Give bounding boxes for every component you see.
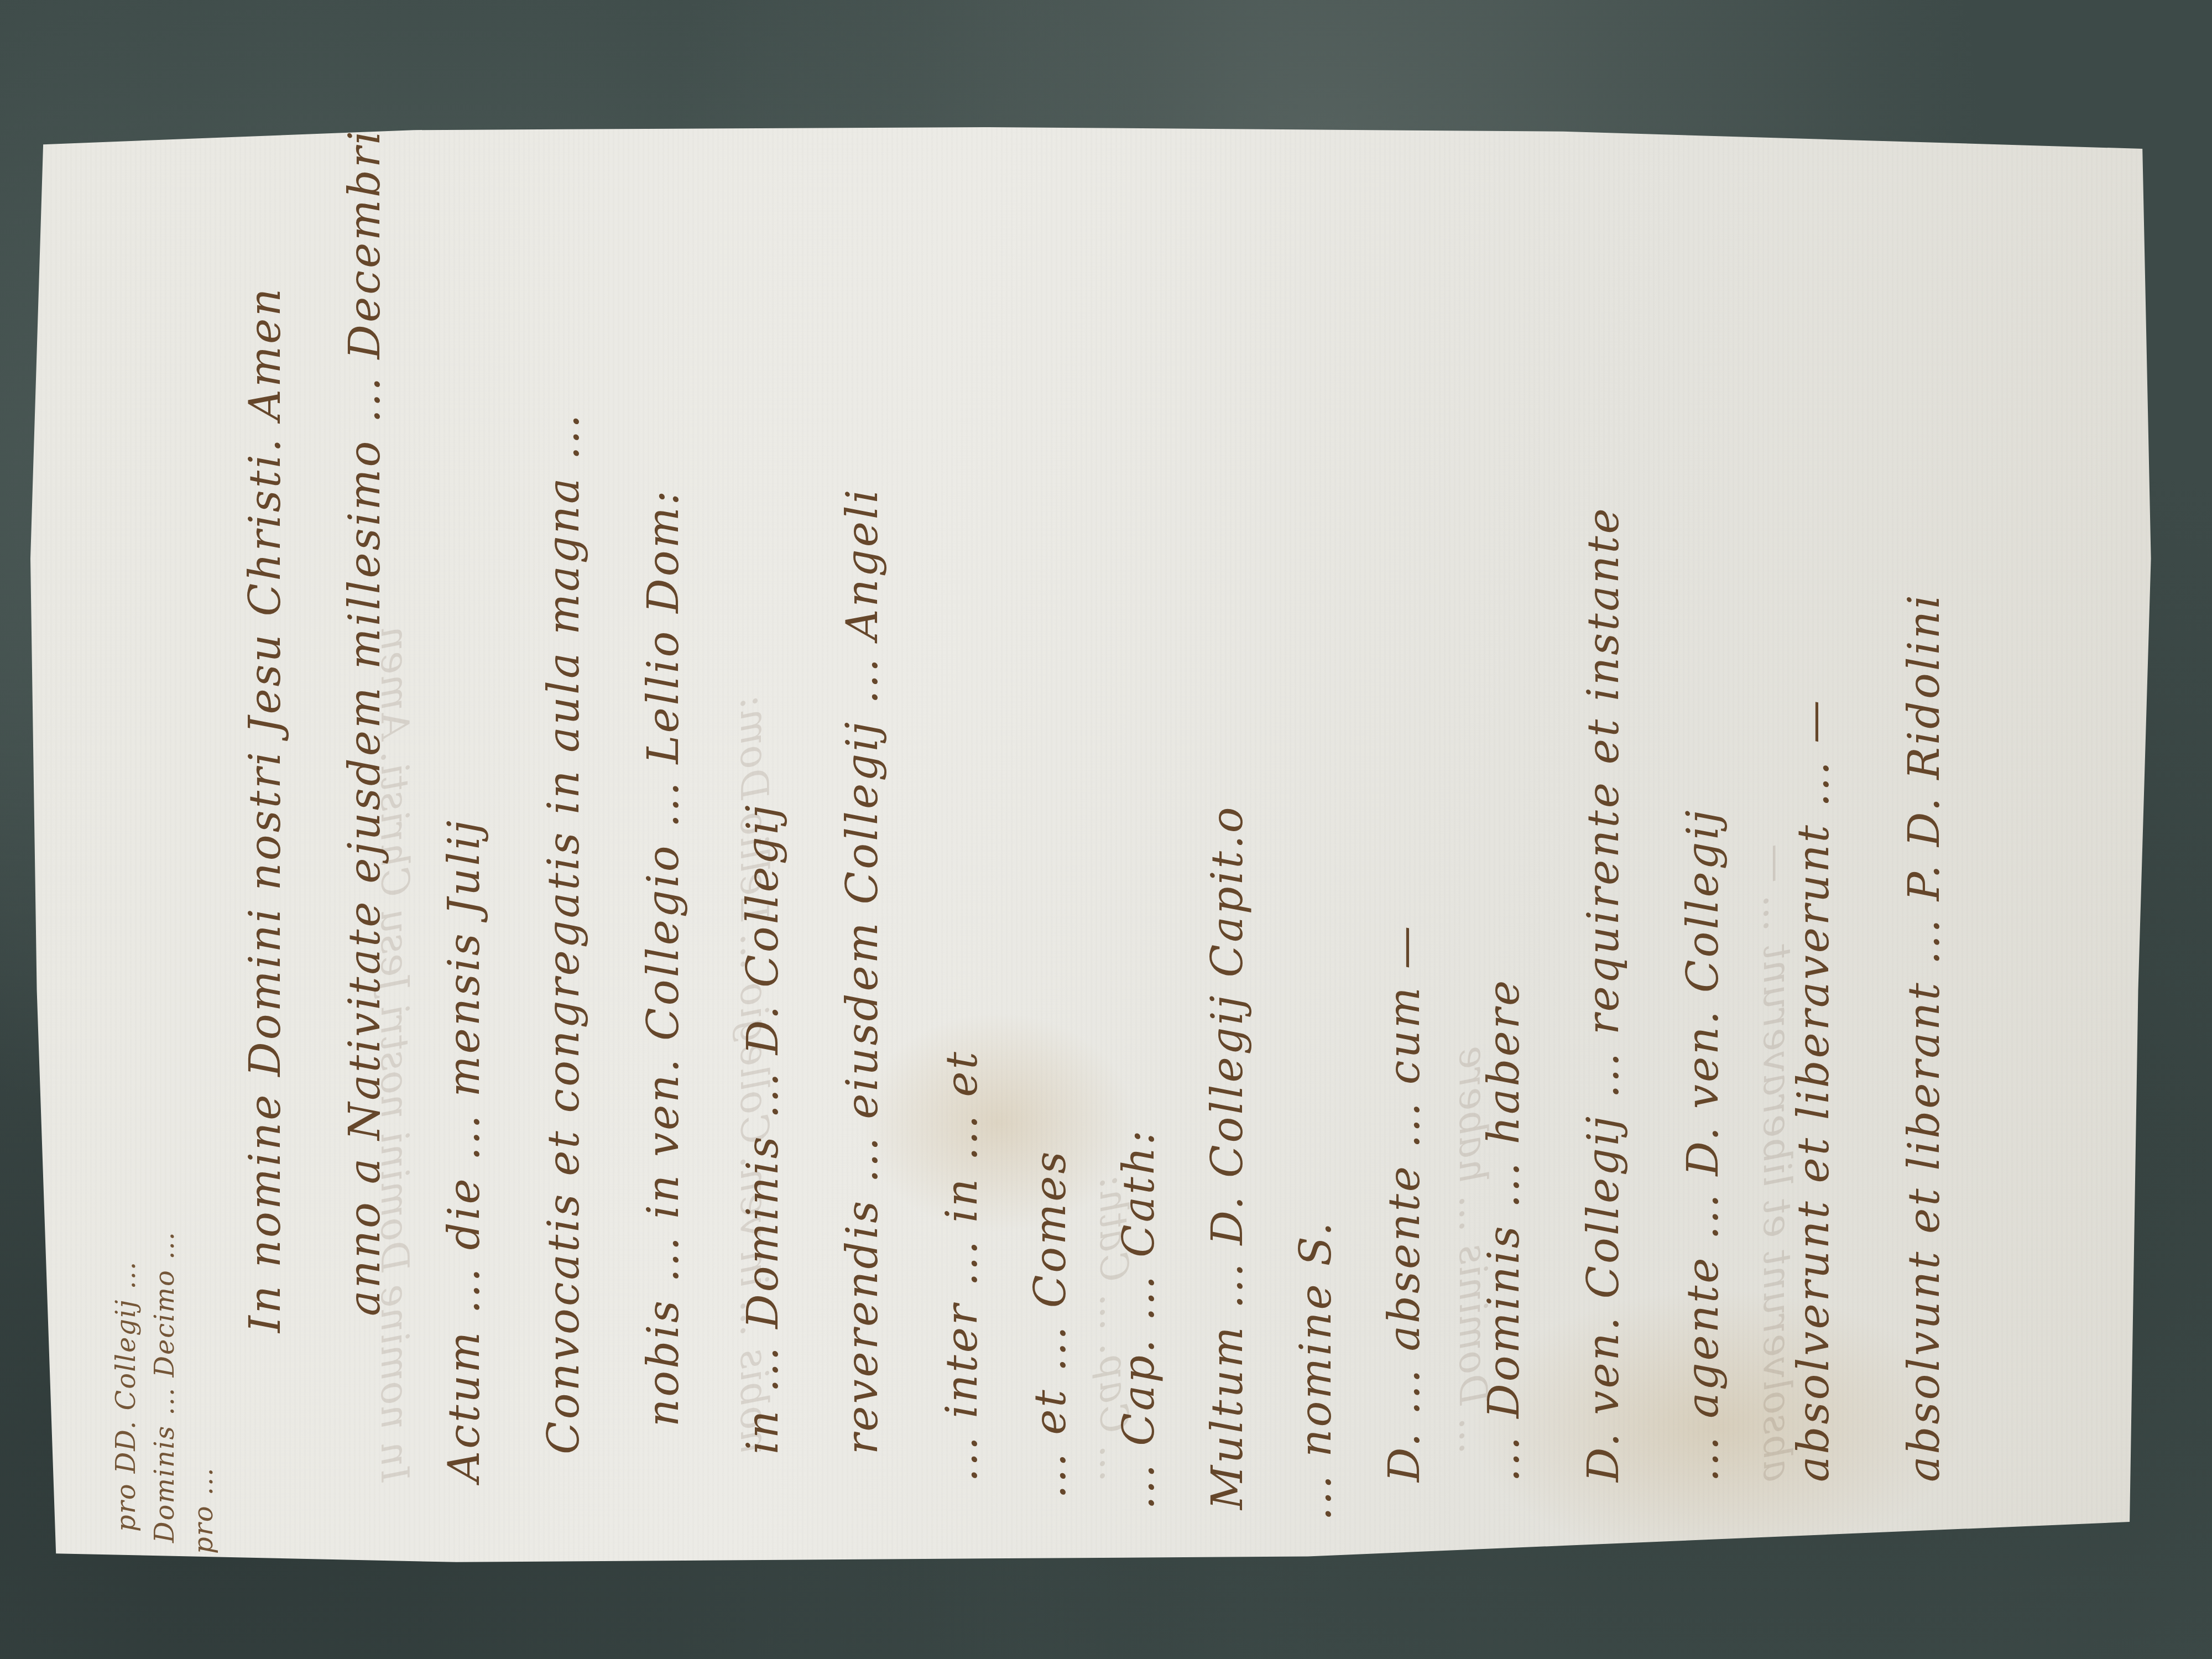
text-line: ... nomine S. <box>1291 1220 1341 1521</box>
text-line: D. ven. Collegij ... requirente et insta… <box>1579 506 1629 1482</box>
text-line: ... Dominis ... habere <box>1479 978 1529 1482</box>
text-line: ... Cap. ... Cath: <box>1114 1128 1164 1510</box>
text-line: ... inter ... in ... et <box>937 1050 987 1482</box>
text-line: anno a Nativitate ejusdem millesimo ... … <box>340 0 390 1316</box>
text-line: ... agente ... D. ven. Collegij <box>1678 808 1728 1482</box>
text-line: In nomine Domini nostri Jesu Christi. Am… <box>241 286 290 1333</box>
text-line: ... et ... Comes <box>1026 1150 1076 1499</box>
text-line: Multum ... D. Collegij Capit.o <box>1203 805 1253 1510</box>
text-line: Convocatis et congregatis in aula magna … <box>539 412 589 1454</box>
text-line: absolverunt et liberaverunt ... — <box>1789 698 1839 1482</box>
manuscript-page: In nomine Domini nostri Jesu Christi. Am… <box>30 127 2159 1565</box>
text-line: in ... Dominis ... D. Collegij <box>738 803 788 1454</box>
margin-note-line: pro DD. Collegij ... <box>111 1261 142 1532</box>
margin-note-line: Dominis ... Decimo ... <box>149 1231 180 1543</box>
text-line: reverendis ... eiusdem Collegij ... Ange… <box>838 487 888 1454</box>
margin-note-line: pro ... <box>188 1467 219 1554</box>
text-line: Actum ... die ... mensis Julij <box>440 818 489 1482</box>
text-line: D. ... absente ... cum — <box>1380 924 1430 1482</box>
text-line: nobis ... in ven. Collegio ... Lellio Do… <box>639 488 688 1427</box>
text-line: absolvunt et liberant ... P. D. Ridolini <box>1900 593 1949 1482</box>
